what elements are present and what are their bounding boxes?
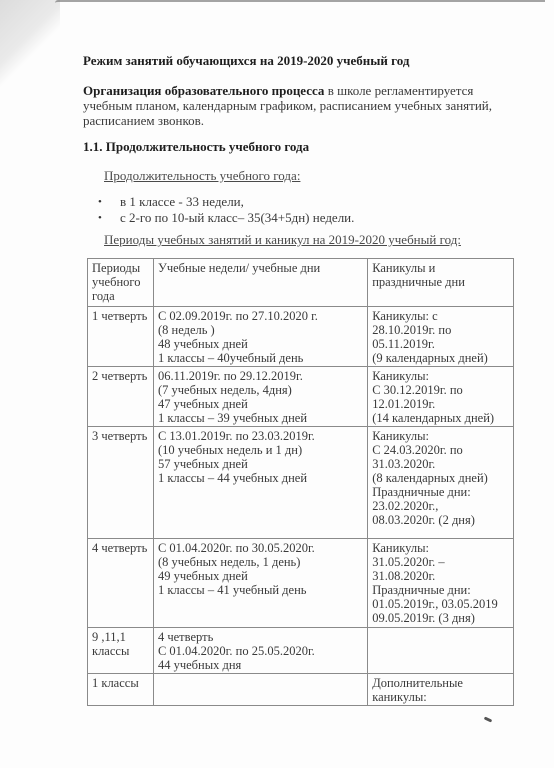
intro-bold-phrase: Организация образовательного процесса [83,83,324,98]
cell-text: Периоды [92,261,149,275]
table-row: 2 четверть06.11.2019г. по 29.12.2019г.(7… [88,367,514,427]
cell-text: (8 учебных недель, 1 день) [158,555,363,569]
weeks-cell: С 02.09.2019г. по 27.10.2020 г.(8 недель… [153,307,367,367]
cell-text: 44 учебных дня [158,658,363,672]
cell-text: 4 четверть [158,630,363,644]
document-title: Режим занятий обучающихся на 2019-2020 у… [83,53,409,69]
cell-text: 1 классы – 44 учебных дней [158,471,363,485]
cell-text: С 24.03.2020г. по [372,443,509,457]
cell-text: 4 четверть [92,541,149,555]
cell-text: Каникулы: [372,541,509,555]
header-periods: Периодыучебногогода [88,259,154,307]
cell-text: 09.05.2019г. (3 дня) [372,611,509,625]
cell-text: (10 учебных недель и 1 дн) [158,443,363,457]
weeks-cell: С 13.01.2019г. по 23.03.2019г.(10 учебны… [153,427,367,539]
weeks-cell [153,674,367,706]
period-cell: 2 четверть [88,367,154,427]
weeks-cell: 4 четвертьС 01.04.2020г. по 25.05.2020г.… [153,628,367,674]
cell-text: Каникулы и [372,261,509,275]
cell-text: С 30.12.2019г. по [372,383,509,397]
section-heading: 1.1. Продолжительность учебного года [83,139,309,155]
period-cell: 9 ,11,1классы [88,628,154,674]
period-cell: 1 классы [88,674,154,706]
cell-text: классы [92,644,149,658]
scanned-page: Режим занятий обучающихся на 2019-2020 у… [0,0,554,768]
weeks-cell: С 01.04.2020г. по 30.05.2020г.(8 учебных… [153,539,367,628]
weeks-cell: 06.11.2019г. по 29.12.2019г.(7 учебных н… [153,367,367,427]
cell-text: 31.05.2020г. – [372,555,509,569]
cell-text: каникулы: [372,690,509,704]
cell-text: 05.11.2019г. [372,337,509,351]
cell-text: Праздничные дни: [372,583,509,597]
duration-list: в 1 классе - 33 недели, с 2-го по 10-ый … [92,194,354,226]
table-header-row: ПериодыучебногогодаУчебные недели/ учебн… [88,259,514,307]
table-row: 3 четвертьС 13.01.2019г. по 23.03.2019г.… [88,427,514,539]
cell-text: 9 ,11,1 [92,630,149,644]
scan-speck [484,716,493,722]
cell-text: Дополнительные [372,676,509,690]
cell-text: 23.02.2020г., [372,499,509,513]
duration-item: с 2-го по 10-ый класс– 35(34+5дн) недели… [92,210,354,226]
cell-text: (14 календарных дней) [372,411,509,425]
cell-text: (7 учебных недель, 4дня) [158,383,363,397]
holidays-cell: Каникулы:31.05.2020г. –31.08.2020г.Празд… [368,539,514,628]
cell-text: 3 четверть [92,429,149,443]
cell-text: Учебные недели/ учебные дни [158,261,363,275]
period-cell: 1 четверть [88,307,154,367]
table-row: 1 классыДополнительныеканикулы: [88,674,514,706]
cell-text: (9 календарных дней) [372,351,509,365]
period-cell: 3 четверть [88,427,154,539]
cell-text: 57 учебных дней [158,457,363,471]
holidays-cell: Каникулы: с28.10.2019г. по05.11.2019г.(9… [368,307,514,367]
period-cell: 4 четверть [88,539,154,628]
intro-paragraph: Организация образовательного процесса в … [83,83,503,128]
cell-text: 47 учебных дней [158,397,363,411]
cell-text: года [92,289,149,303]
holidays-cell: Каникулы:С 30.12.2019г. по12.01.2019г. (… [368,367,514,427]
cell-text: 01.05.2019г., 03.05.2019 [372,597,509,611]
cell-text: Каникулы: [372,369,509,383]
cell-text: 1 классы – 41 учебный день [158,583,363,597]
cell-text: 12.01.2019г. [372,397,509,411]
cell-text: учебного [92,275,149,289]
cell-text: (8 календарных дней) [372,471,509,485]
cell-text: 31.08.2020г. [372,569,509,583]
periods-table: ПериодыучебногогодаУчебные недели/ учебн… [87,258,514,706]
cell-text: 31.03.2020г. [372,457,509,471]
periods-subheading: Периоды учебных занятий и каникул на 201… [104,232,461,248]
cell-text: 08.03.2020г. (2 дня) [372,513,509,527]
table-row: 9 ,11,1классы4 четвертьС 01.04.2020г. по… [88,628,514,674]
cell-text: С 13.01.2019г. по 23.03.2019г. [158,429,363,443]
holidays-cell: Дополнительныеканикулы: [368,674,514,706]
table-row: 1 четвертьС 02.09.2019г. по 27.10.2020 г… [88,307,514,367]
cell-text: праздничные дни [372,275,509,289]
holidays-cell: Каникулы:С 24.03.2020г. по31.03.2020г.(8… [368,427,514,539]
cell-text: 1 классы – 40учебный день [158,351,363,365]
cell-text: 06.11.2019г. по 29.12.2019г. [158,369,363,383]
cell-text: 49 учебных дней [158,569,363,583]
cell-text: 1 четверть [92,309,149,323]
cell-text: Каникулы: [372,429,509,443]
cell-text: Каникулы: с [372,309,509,323]
cell-text: 1 классы [92,676,149,690]
header-holidays: Каникулы ипраздничные дни [368,259,514,307]
cell-text: С 01.04.2020г. по 25.05.2020г. [158,644,363,658]
table-row: 4 четвертьС 01.04.2020г. по 30.05.2020г.… [88,539,514,628]
cell-text: (8 недель ) [158,323,363,337]
cell-text: С 01.04.2020г. по 30.05.2020г. [158,541,363,555]
cell-text: 48 учебных дней [158,337,363,351]
duration-item: в 1 классе - 33 недели, [92,194,354,210]
cell-text: 1 классы – 39 учебных дней [158,411,363,425]
cell-text: Праздничные дни: [372,485,509,499]
cell-text: 28.10.2019г. по [372,323,509,337]
holidays-cell [368,628,514,674]
duration-subheading: Продолжительность учебного года: [104,168,300,184]
cell-text: С 02.09.2019г. по 27.10.2020 г. [158,309,363,323]
cell-text: 2 четверть [92,369,149,383]
header-weeks: Учебные недели/ учебные дни [153,259,367,307]
